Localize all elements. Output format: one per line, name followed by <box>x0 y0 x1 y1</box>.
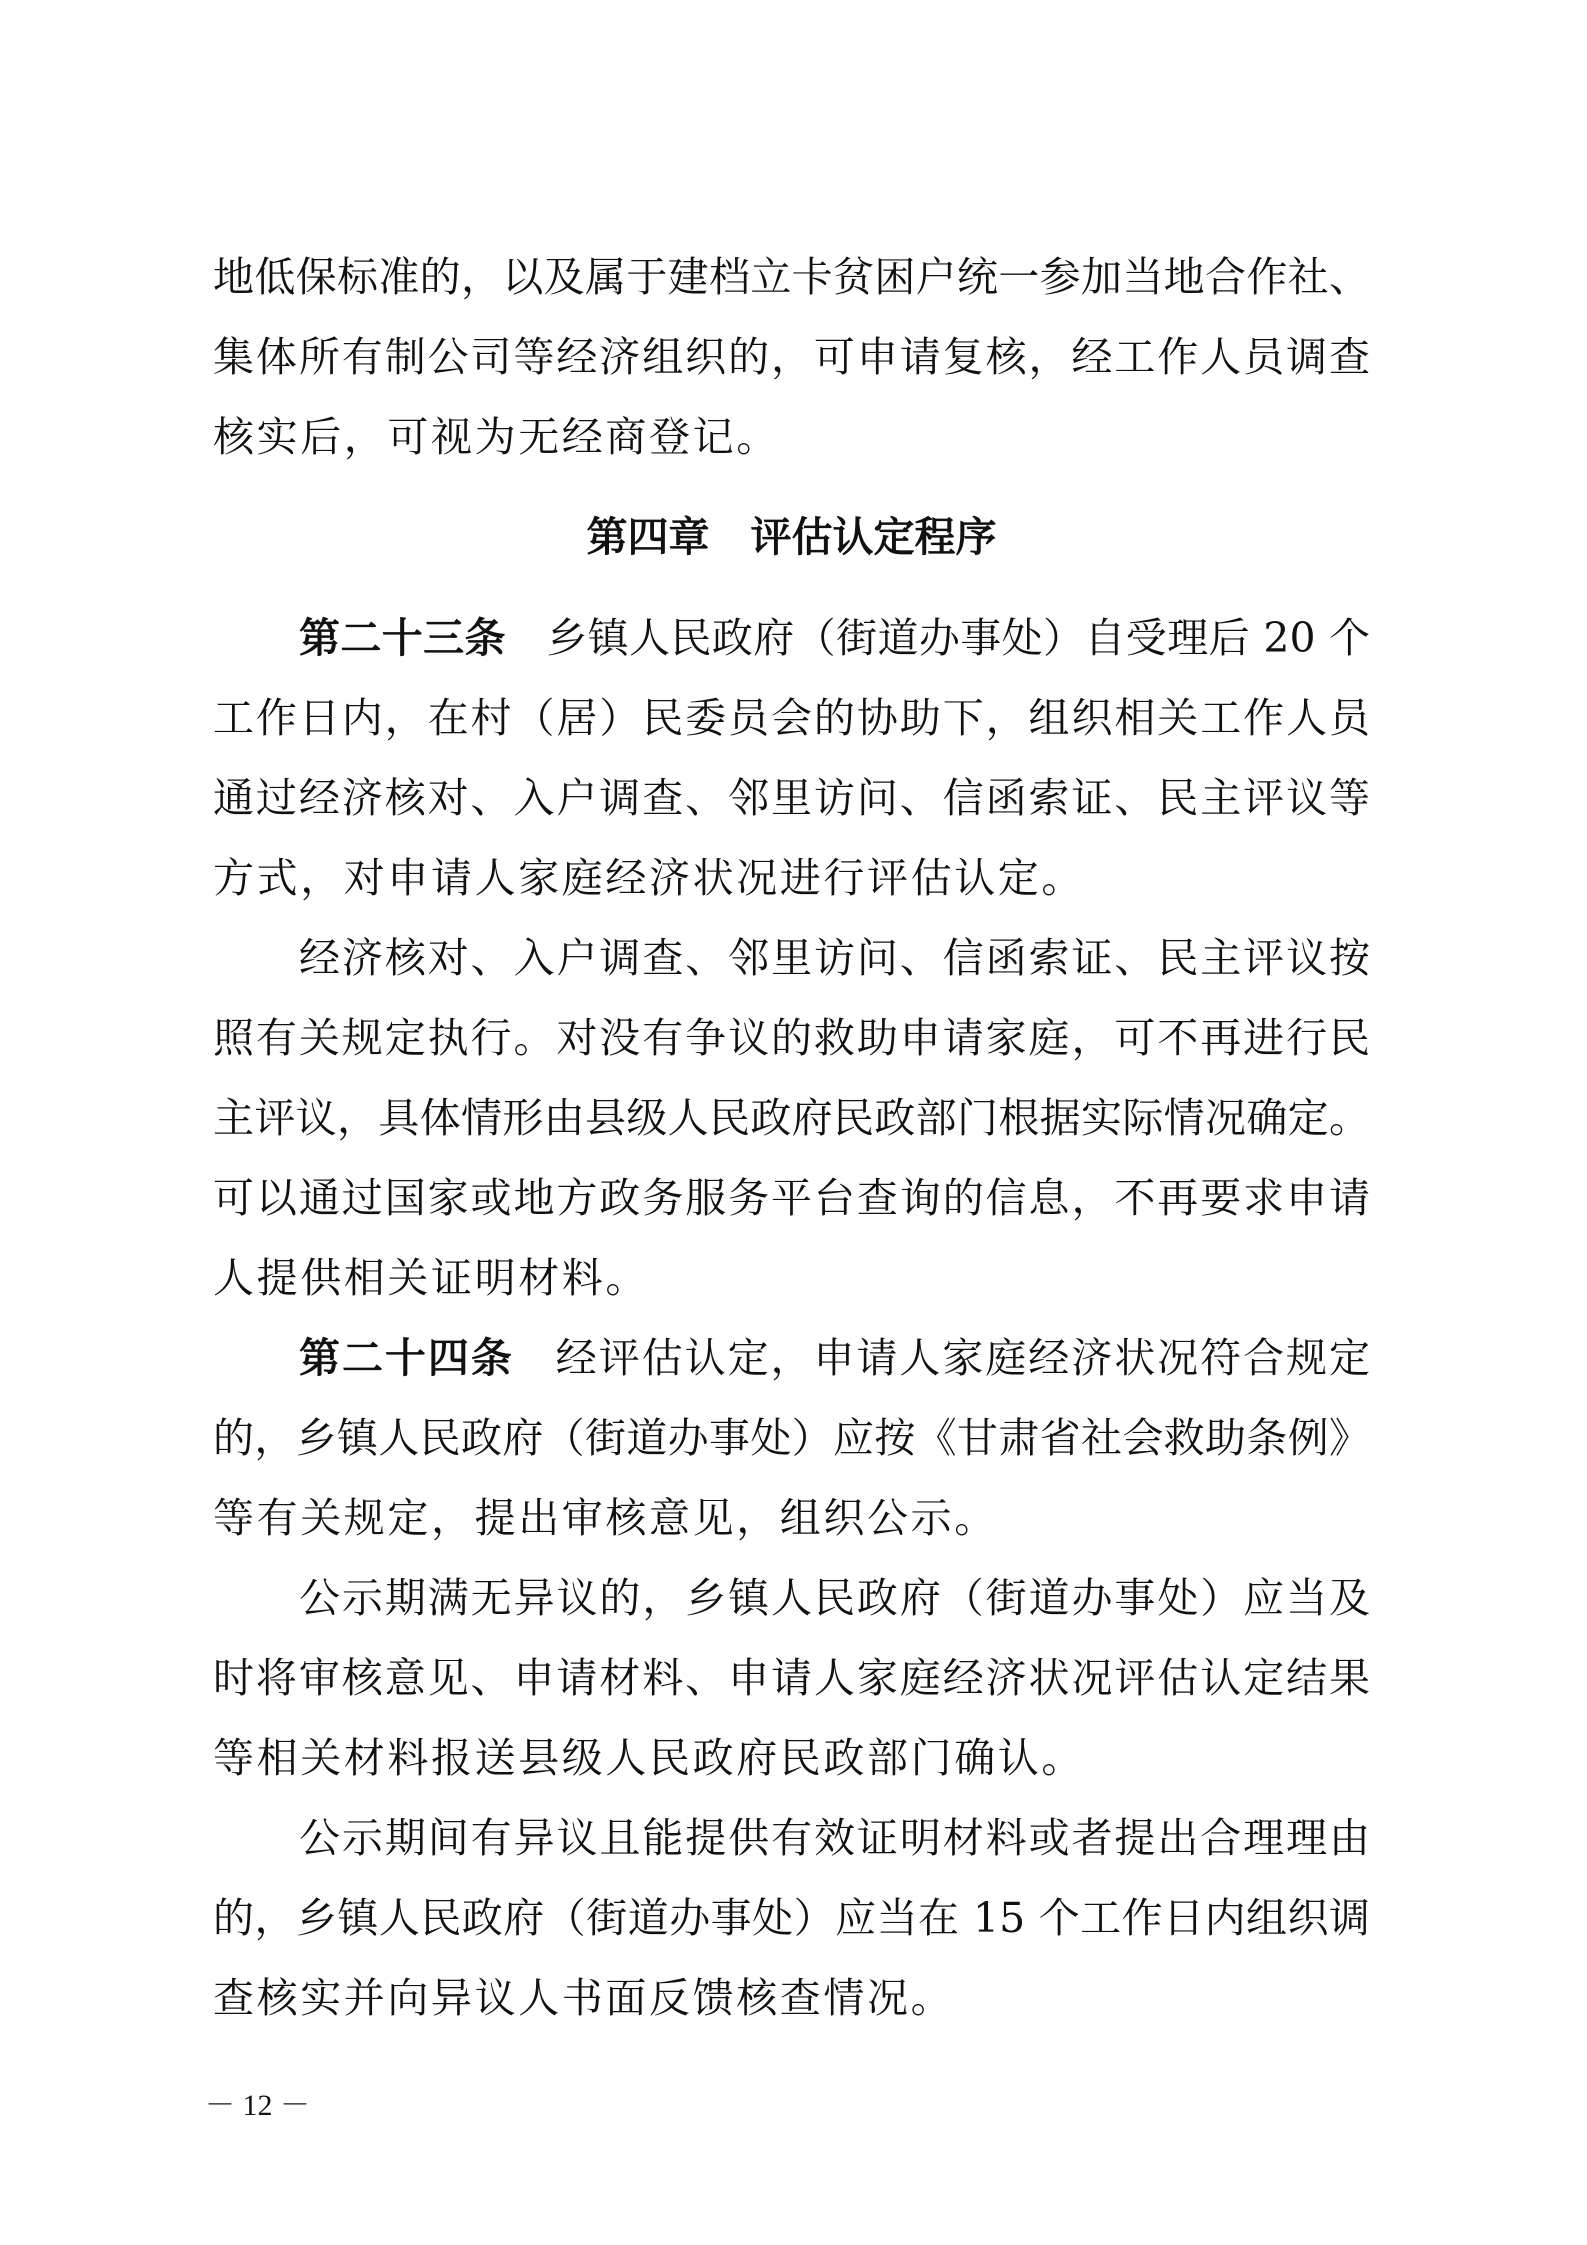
article-first-line: 第二十四条经评估认定，申请人家庭经济状况符合规定 <box>213 1318 1370 1398</box>
article-label: 第二十三条 <box>299 614 506 662</box>
text-line: 工作日内，在村（居）民委员会的协助下，组织相关工作人员 <box>213 678 1370 758</box>
text-line: 的，乡镇人民政府（街道办事处）应当在 15 个工作日内组织调 <box>213 1878 1370 1958</box>
text-line: 照有关规定执行。对没有争议的救助申请家庭，可不再进行民 <box>213 998 1370 1078</box>
text-line: 核实后，可视为无经商登记。 <box>213 397 1370 477</box>
text-line: 公示期满无异议的，乡镇人民政府（街道办事处）应当及 <box>213 1558 1370 1638</box>
document-page: 地低保标准的，以及属于建档立卡贫困户统一参加当地合作社、 集体所有制公司等经济组… <box>0 0 1587 2245</box>
text-line: 地低保标准的，以及属于建档立卡贫困户统一参加当地合作社、 <box>213 237 1370 317</box>
text-line: 查核实并向异议人书面反馈核查情况。 <box>213 1958 1370 2038</box>
text-line: 经济核对、入户调查、邻里访问、信函索证、民主评议按 <box>213 918 1370 998</box>
text-line: 公示期间有异议且能提供有效证明材料或者提出合理理由 <box>213 1798 1370 1878</box>
text-line: 人提供相关证明材料。 <box>213 1238 1370 1318</box>
text-line: 主评议，具体情形由县级人民政府民政部门根据实际情况确定。 <box>213 1078 1370 1158</box>
text-line: 等相关材料报送县级人民政府民政部门确认。 <box>213 1718 1370 1798</box>
article-label: 第二十四条 <box>299 1334 514 1382</box>
text-line: 的，乡镇人民政府（街道办事处）应按《甘肃省社会救助条例》 <box>213 1398 1370 1478</box>
text-line: 方式，对申请人家庭经济状况进行评估认定。 <box>213 838 1370 918</box>
article-first-line-text: 乡镇人民政府（街道办事处）自受理后 20 个 <box>546 614 1370 662</box>
text-line: 集体所有制公司等经济组织的，可申请复核，经工作人员调查 <box>213 317 1370 397</box>
text-line: 可以通过国家或地方政务服务平台查询的信息，不再要求申请 <box>213 1158 1370 1238</box>
text-line: 等有关规定，提出审核意见，组织公示。 <box>213 1478 1370 1558</box>
article-first-line: 第二十三条乡镇人民政府（街道办事处）自受理后 20 个 <box>213 598 1370 678</box>
text-line: 时将审核意见、申请材料、申请人家庭经济状况评估认定结果 <box>213 1638 1370 1718</box>
article-first-line-text: 经评估认定，申请人家庭经济状况符合规定 <box>554 1334 1370 1382</box>
page-number: － 12 － <box>205 2086 310 2126</box>
chapter-heading: 第四章 评估认定程序 <box>213 497 1370 577</box>
text-line: 通过经济核对、入户调查、邻里访问、信函索证、民主评议等 <box>213 758 1370 838</box>
